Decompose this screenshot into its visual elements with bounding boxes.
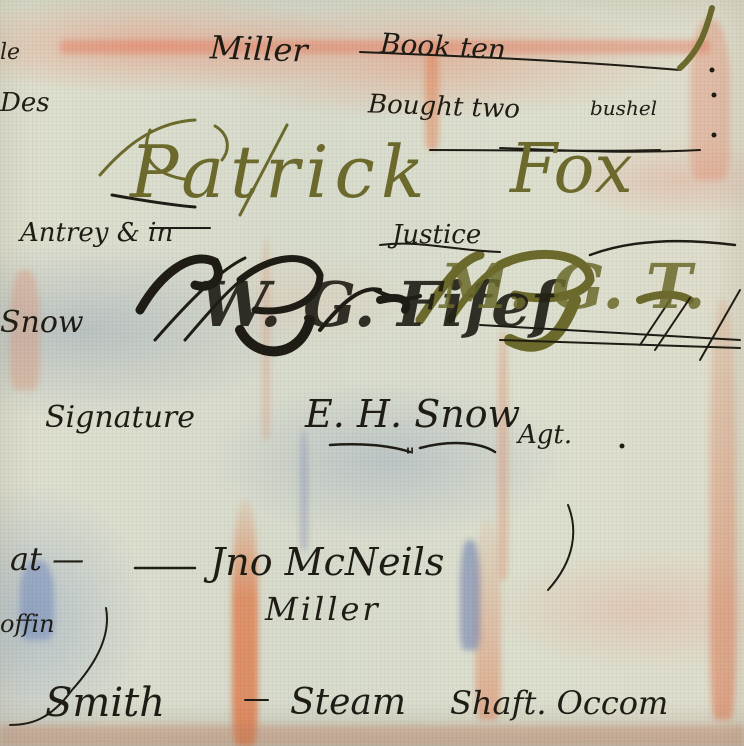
canvas-vignette [0, 0, 744, 746]
artwork-canvas: Miller Book ten le Des Bought two bushel… [0, 0, 744, 746]
